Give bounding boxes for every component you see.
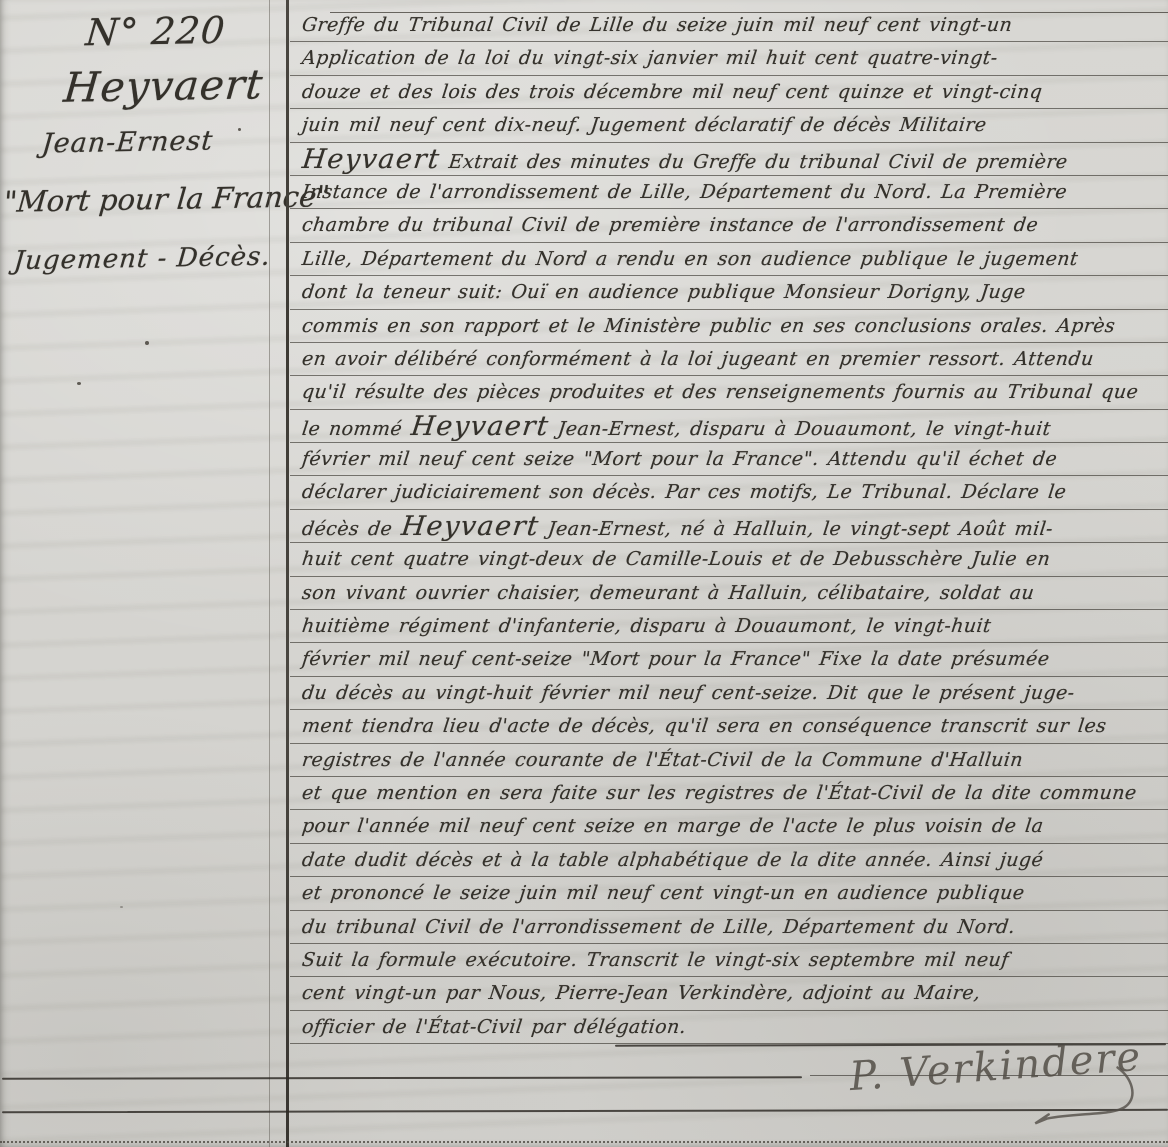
text-line: février mil neuf cent seize "Mort pour l…: [290, 443, 1168, 476]
text-line: douze et des lois des trois décembre mil…: [290, 76, 1168, 109]
text-line: registres de l'année courante de l'État-…: [290, 744, 1168, 777]
margin-given-names: Jean-Ernest: [40, 126, 214, 160]
text-line: Lille, Département du Nord a rendu en so…: [290, 243, 1168, 276]
text-line: qu'il résulte des pièces produites et de…: [290, 376, 1168, 409]
text-line: Instance de l'arrondissement de Lille, D…: [290, 176, 1168, 209]
scanned-register-page: N° 220 Heyvaert Jean-Ernest "Mort pour l…: [0, 0, 1168, 1147]
text-line: Greffe du Tribunal Civil de Lille du sei…: [290, 9, 1168, 42]
margin-mention-mort-pour-la-france: "Mort pour la France": [2, 179, 331, 219]
text-line: cent vingt-un par Nous, Pierre-Jean Verk…: [290, 977, 1168, 1010]
margin-act-type: Jugement - Décès.: [12, 242, 272, 276]
text-line: Application de la loi du vingt-six janvi…: [290, 42, 1168, 75]
text-line: Heyvaert Extrait des minutes du Greffe d…: [290, 143, 1168, 176]
margin-rule-light: [269, 0, 270, 1147]
margin-column: N° 220 Heyvaert Jean-Ernest "Mort pour l…: [0, 0, 269, 1147]
act-number: N° 220: [84, 9, 227, 54]
text-line: du tribunal Civil de l'arrondissement de…: [290, 911, 1168, 944]
document-lines: Greffe du Tribunal Civil de Lille du sei…: [290, 9, 1168, 1044]
text-line: commis en son rapport et le Ministère pu…: [290, 310, 1168, 343]
margin-rule-dark: [286, 0, 289, 1147]
text-line: huit cent quatre vingt-deux de Camille-L…: [290, 543, 1168, 576]
signature-text: P. Verkindere: [847, 1034, 1144, 1100]
main-text-column: Greffe du Tribunal Civil de Lille du sei…: [290, 0, 1168, 1147]
margin-surname: Heyvaert: [62, 60, 266, 111]
text-line: son vivant ouvrier chaisier, demeurant à…: [290, 577, 1168, 610]
text-line: du décès au vingt-huit février mil neuf …: [290, 677, 1168, 710]
text-line: février mil neuf cent-seize "Mort pour l…: [290, 643, 1168, 676]
text-line: le nommé Heyvaert Jean-Ernest, disparu à…: [290, 410, 1168, 443]
text-line: en avoir délibéré conformément à la loi …: [290, 343, 1168, 376]
text-line: dont la teneur suit: Ouï en audience pub…: [290, 276, 1168, 309]
text-line: chambre du tribunal Civil de première in…: [290, 209, 1168, 242]
text-line: huitième régiment d'infanterie, disparu …: [290, 610, 1168, 643]
text-line: et prononcé le seize juin mil neuf cent …: [290, 877, 1168, 910]
signature: P. Verkindere: [836, 1018, 1168, 1146]
text-line: et que mention en sera faite sur les reg…: [290, 777, 1168, 810]
text-line: ment tiendra lieu d'acte de décès, qu'il…: [290, 710, 1168, 743]
text-line: décès de Heyvaert Jean-Ernest, né à Hall…: [290, 510, 1168, 543]
text-line: date dudit décès et à la table alphabéti…: [290, 844, 1168, 877]
text-line: pour l'année mil neuf cent seize en marg…: [290, 810, 1168, 843]
text-line: Suit la formule exécutoire. Transcrit le…: [290, 944, 1168, 977]
text-line: juin mil neuf cent dix-neuf. Jugement dé…: [290, 109, 1168, 142]
text-line: déclarer judiciairement son décès. Par c…: [290, 476, 1168, 509]
